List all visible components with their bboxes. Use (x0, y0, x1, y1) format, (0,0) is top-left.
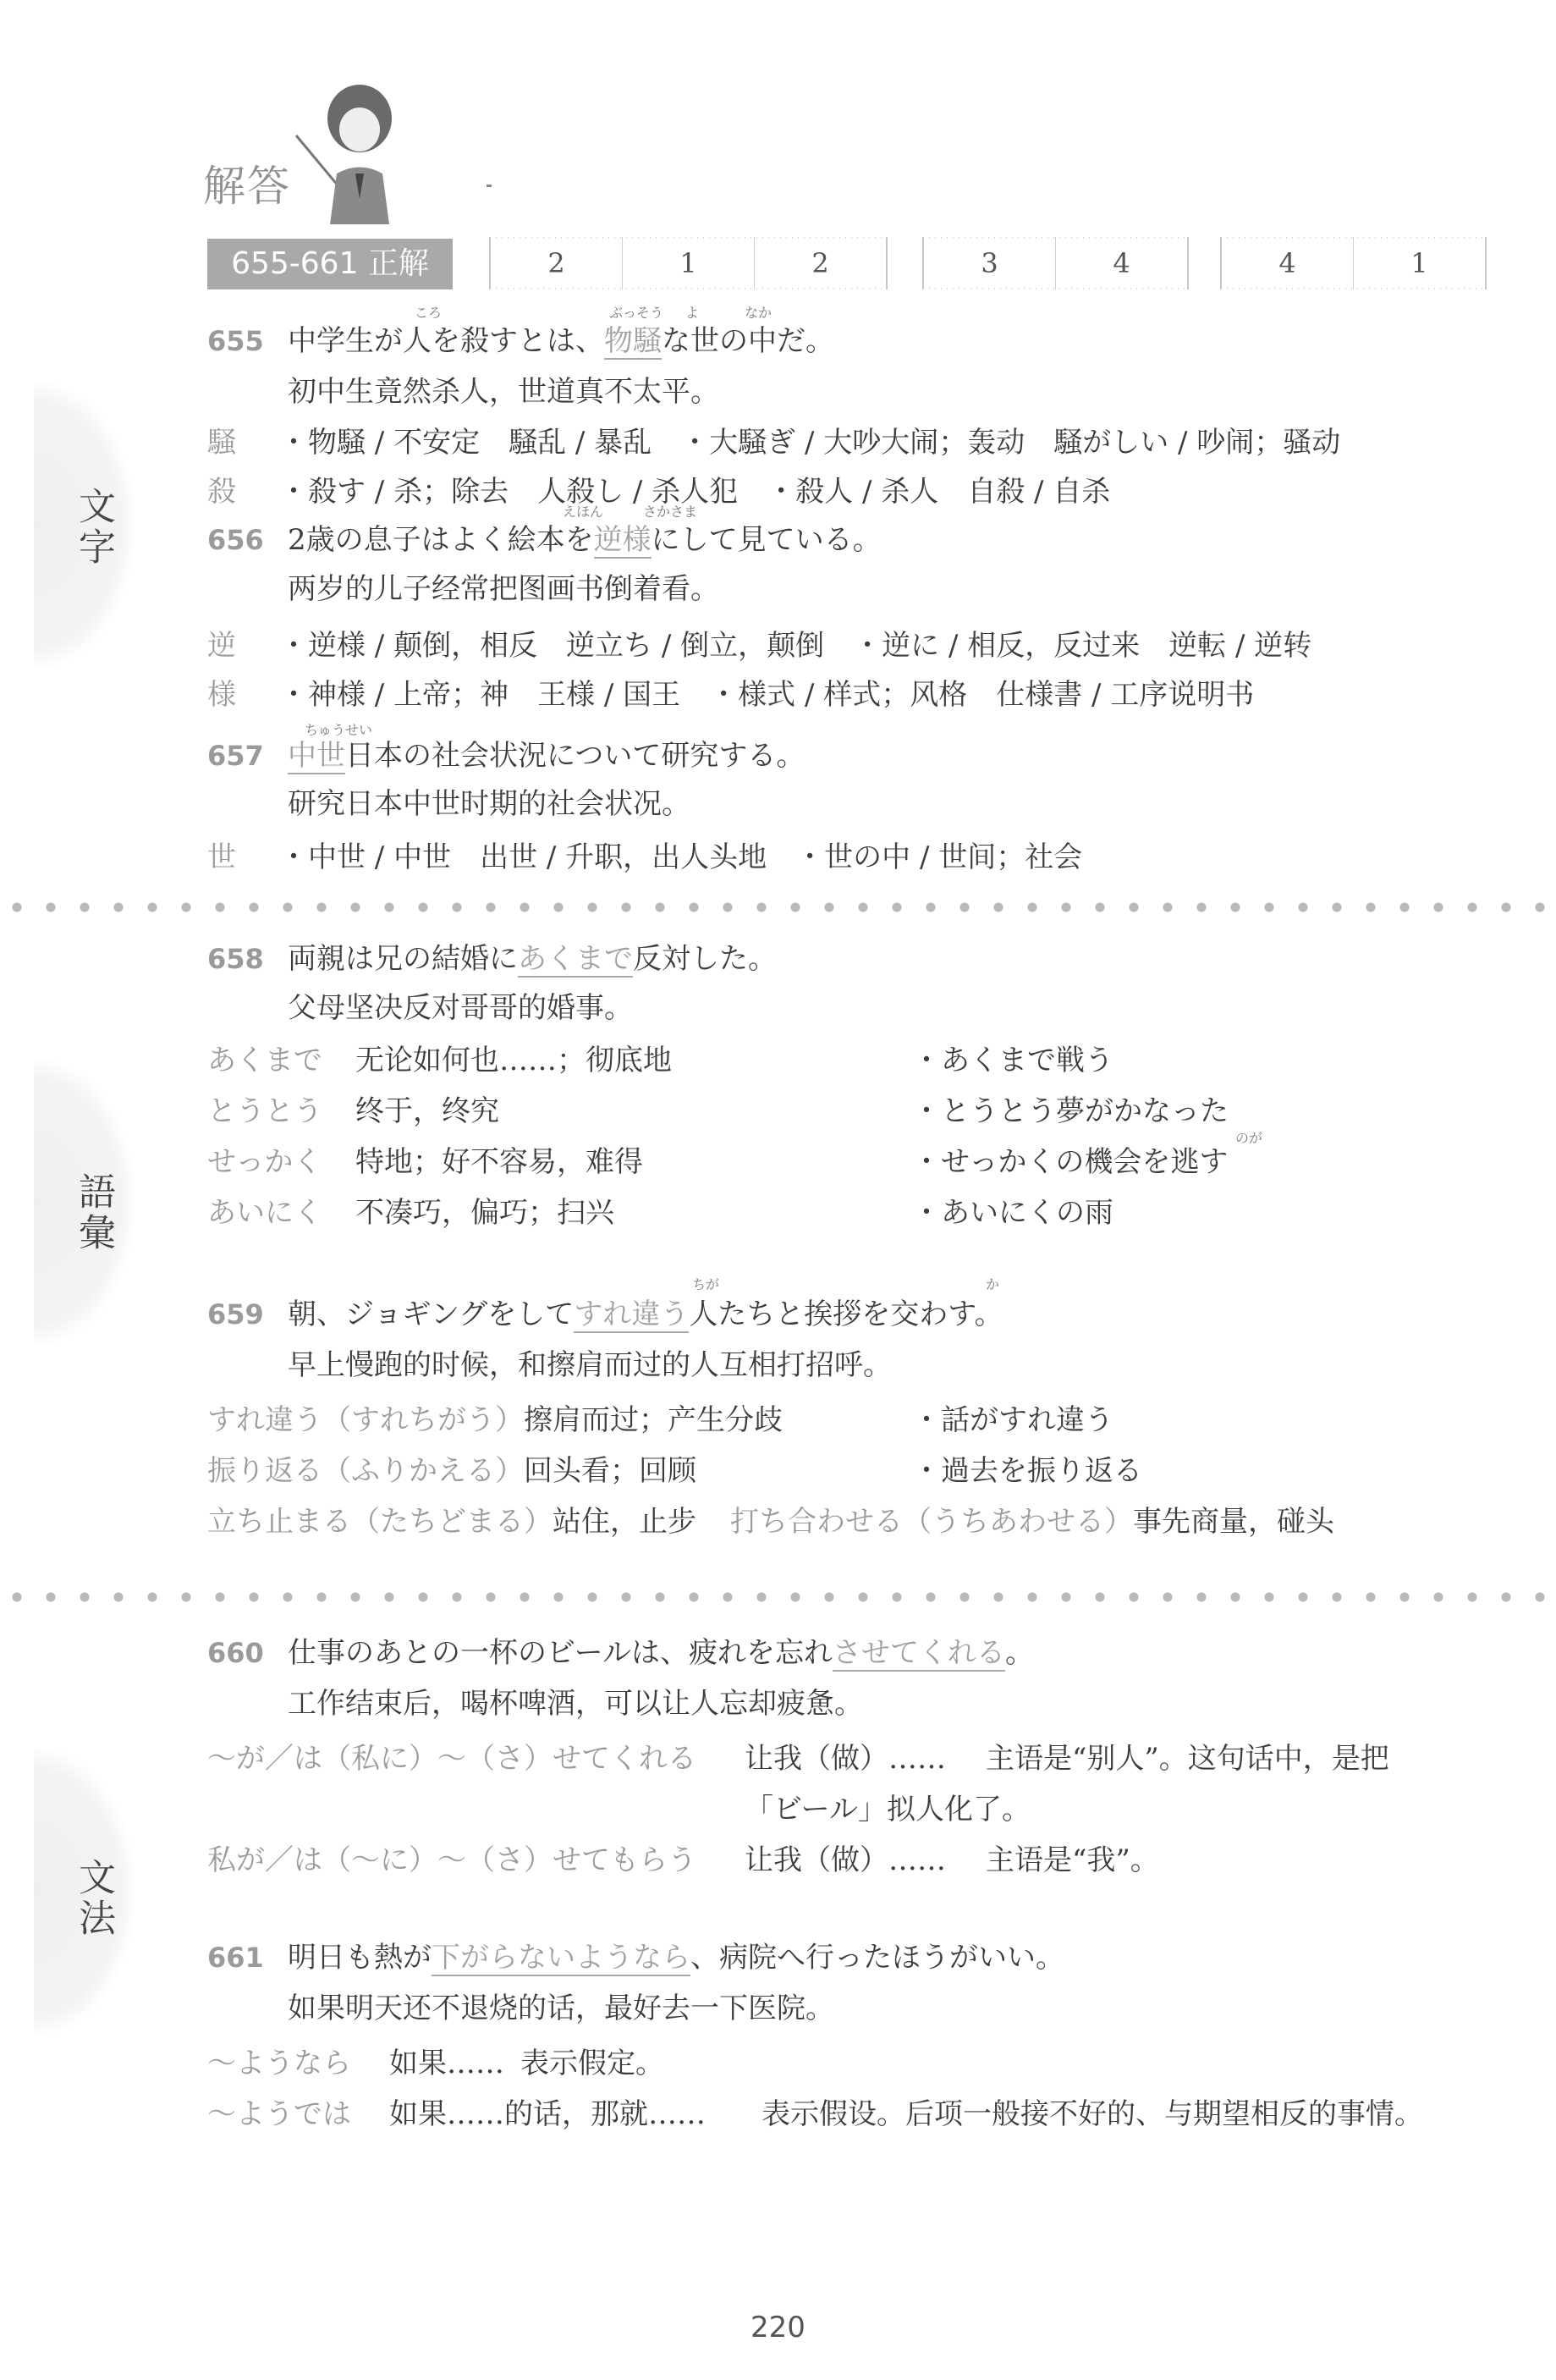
furigana: のが (1235, 1127, 1262, 1147)
answer-group-2: 3 4 (922, 237, 1189, 289)
translation: 两岁的儿子经常把图画书倒着看。 (288, 565, 719, 607)
teacher-mascot-icon (288, 80, 406, 224)
vocab-row: あくまで无论如何也……；彻底地 (207, 1037, 672, 1078)
question-number: 659 (207, 1298, 288, 1330)
grammar-row: ～ようなら如果……表示假定。 (207, 2040, 664, 2081)
page-number: 220 (0, 2311, 1556, 2344)
kanji-row: 様・神様 / 上帝；神 王様 / 国王 ・様式 / 样式；风格 仕様書 / 工序… (207, 671, 1254, 713)
question-659: 659朝、ジョギングをしてすれ違う人たちと挨拶を交わす。 (207, 1291, 1003, 1332)
target-word: 物騒 (604, 324, 662, 360)
section-title: 解答 (203, 152, 291, 213)
target-word: 逆様 (594, 523, 652, 559)
translation: 如果明天还不退烧的话，最好去一下医院。 (288, 1985, 834, 2026)
question-number: 660 (207, 1637, 288, 1669)
answer-key-label: 655-661 正解 (207, 239, 453, 289)
example: ・話がすれ違う (912, 1397, 1113, 1438)
question-number: 656 (207, 524, 288, 556)
question-656: 6562歳の息子はよく絵本を逆様にして見ている。 (207, 516, 882, 558)
vocab-row: 立ち止まる（たちどまる）站住，止步打ち合わせる（うちあわせる）事先商量，碰头 (207, 1498, 1334, 1540)
question-number: 661 (207, 1942, 288, 1974)
translation: 初中生竟然杀人，世道真不太平。 (288, 368, 719, 410)
target-word: あくまで (518, 942, 633, 978)
question-number: 658 (207, 943, 288, 975)
vocab-row: せっかく特地；好不容易，难得 (207, 1138, 643, 1180)
question-number: 657 (207, 740, 288, 772)
grammar-row: ～ようでは如果……的话，那就……表示假设。后项一般接不好的、与期望相反的事情。 (207, 2091, 1423, 2132)
answer-cell: 1 (623, 237, 755, 289)
side-tab-label: 語彙 (66, 1172, 120, 1253)
question-658: 658両親は兄の結婚にあくまで反対した。 (207, 935, 777, 977)
section-divider (0, 1591, 1556, 1603)
vocab-row: とうとう终于，终究 (207, 1088, 499, 1129)
question-661: 661明日も熱が下がらないようなら、病院へ行ったほうがいい。 (207, 1934, 1064, 1975)
side-tab-label: 文法 (66, 1858, 120, 1939)
translation: 工作结束后，喝杯啤酒，可以让人忘却疲惫。 (288, 1680, 863, 1722)
answer-group-3: 4 1 (1220, 237, 1487, 289)
grammar-row: ～が／は（私に）～（さ）せてくれる让我（做）……主语是“别人”。这句话中，是把 (207, 1735, 1389, 1777)
kanji-row: 逆・逆様 / 颠倒，相反 逆立ち / 倒立，颠倒 ・逆に / 相反，反过来 逆転… (207, 622, 1311, 664)
answer-cell: 3 (924, 237, 1056, 289)
question-655: 655中学生が人を殺すとは、物騒な世の中だ。 (207, 317, 834, 359)
example: ・あいにくの雨 (912, 1189, 1113, 1231)
stray-mark (487, 185, 492, 187)
example: ・とうとう夢がかなった (912, 1088, 1229, 1129)
target-word: 下がらないようなら (432, 1941, 690, 1976)
answer-cell: 2 (491, 237, 623, 289)
grammar-note-cont: 「ビール」拟人化了。 (745, 1786, 1031, 1827)
answer-cell: 4 (1056, 237, 1187, 289)
vocab-row: あいにく不凑巧，偏巧；扫兴 (207, 1189, 614, 1231)
question-657: 657中世日本の社会状況について研究する。 (207, 732, 805, 774)
vocab-row: すれ違う（すれちがう）擦肩而过；产生分歧 (207, 1397, 783, 1438)
example: ・あくまで戦う (912, 1037, 1113, 1078)
section-divider (0, 901, 1556, 913)
vocab-row: 振り返る（ふりかえる）回头看；回顾 (207, 1447, 696, 1489)
target-word: させてくれる (833, 1636, 1005, 1672)
question-660: 660仕事のあとの一杯のビールは、疲れを忘れさせてくれる。 (207, 1629, 1034, 1671)
example: ・せっかくの機会を逃す (912, 1138, 1228, 1180)
kanji-row: 騒・物騒 / 不安定 騒乱 / 暴乱 ・大騒ぎ / 大吵大闹；轰动 騒がしい /… (207, 419, 1340, 460)
target-word: すれ違う (574, 1297, 689, 1333)
answer-cell: 1 (1354, 237, 1485, 289)
side-tab-label: 文字 (66, 487, 120, 568)
question-number: 655 (207, 325, 288, 357)
example: ・過去を振り返る (912, 1447, 1142, 1489)
answer-group-1: 2 1 2 (489, 237, 888, 289)
translation: 父母坚决反对哥哥的婚事。 (288, 984, 633, 1026)
kanji-row: 世・中世 / 中世 出世 / 升职，出人头地 ・世の中 / 世间；社会 (207, 834, 1082, 875)
translation: 研究日本中世时期的社会状况。 (288, 780, 690, 822)
grammar-row: 私が／は（～に）～（さ）せてもらう让我（做）……主语是“我”。 (207, 1837, 1159, 1878)
answer-cell: 4 (1222, 237, 1354, 289)
answer-cell: 2 (755, 237, 886, 289)
target-word: 中世 (288, 739, 345, 774)
translation: 早上慢跑的时候，和擦肩而过的人互相打招呼。 (288, 1342, 892, 1383)
